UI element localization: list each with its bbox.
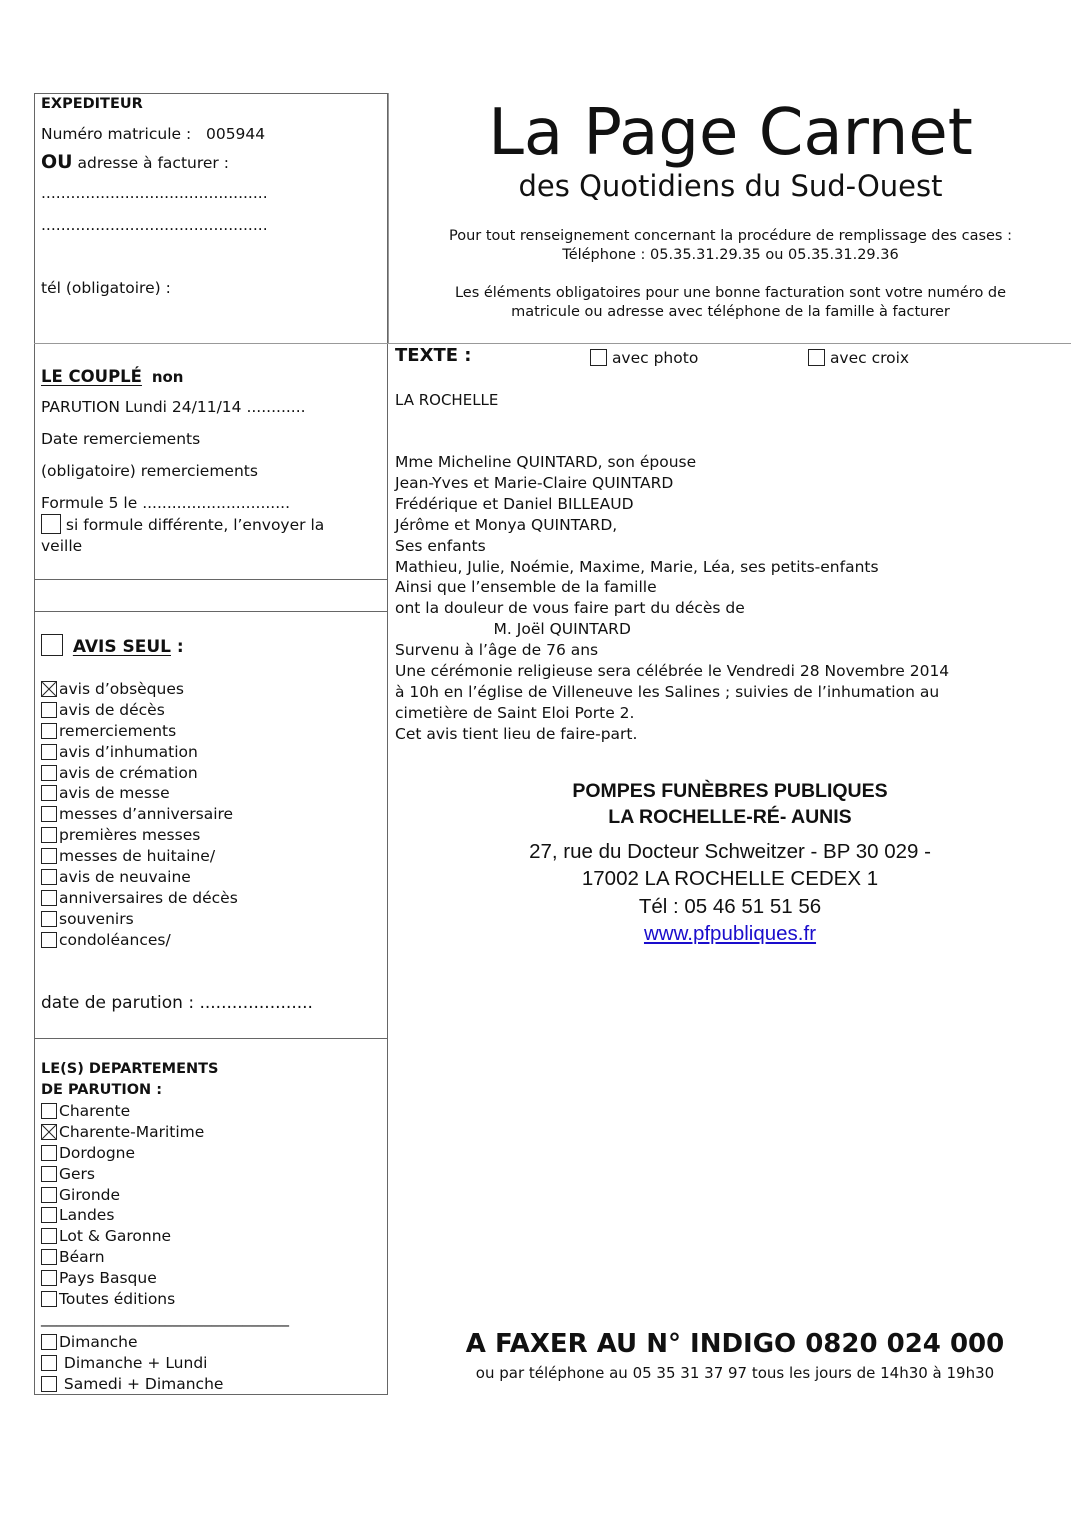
matricule-label: Numéro matricule : [41,125,191,143]
formule-diff-row: si formule différente, l’envoyer la [41,514,324,536]
avis-checkbox[interactable] [41,744,57,760]
formule-row[interactable]: Formule 5 le ...........................… [41,493,324,514]
funeral-home-website-link[interactable]: www.pfpubliques.fr [644,922,816,945]
departement-label: Gironde [59,1186,120,1204]
avis-checkbox[interactable] [41,911,57,927]
header-vertical-divider [388,93,389,343]
fax-number: A FAXER AU N° INDIGO 0820 024 000 [440,1328,1030,1360]
day-checkbox[interactable] [41,1334,57,1350]
departement-checkbox[interactable] [41,1249,57,1265]
formule-diff-label-2: veille [41,536,324,557]
adresse-line-1[interactable]: ........................................… [41,183,268,204]
section-divider-main [34,343,1071,344]
info-line-1: Pour tout renseignement concernant la pr… [390,227,1071,246]
section-divider-avis [34,611,388,612]
avec-croix-option[interactable]: avec croix [808,348,909,368]
departement-item[interactable]: Charente [41,1101,204,1122]
avis-checkbox[interactable] [41,827,57,843]
avis-label: avis d’inhumation [59,743,198,761]
day-item[interactable]: Dimanche [41,1332,223,1353]
avis-seul-heading: AVIS SEUL [73,637,171,657]
avis-seul-header: AVIS SEUL : [41,634,184,658]
funeral-home-phone: Tél : 05 46 51 51 56 [490,893,970,920]
parution-row[interactable]: PARUTION Lundi 24/11/14 ............ [41,397,324,418]
texte-header: TEXTE : [395,345,472,367]
departement-item[interactable]: Charente-Maritime [41,1122,204,1143]
departements-heading: LE(S) DEPARTEMENTS DE PARUTION : [41,1059,218,1101]
departement-label: Gers [59,1165,95,1183]
funeral-home-address-1: 27, rue du Docteur Schweitzer - BP 30 02… [490,838,970,865]
day-checkbox[interactable] [41,1355,57,1371]
day-label: Dimanche [59,1333,138,1351]
avis-item[interactable]: messes de huitaine/ [41,846,238,867]
departement-item[interactable]: Béarn [41,1247,204,1268]
departement-checkbox[interactable] [41,1145,57,1161]
departement-item[interactable]: Pays Basque [41,1268,204,1289]
departement-checkbox[interactable] [41,1270,57,1286]
avis-checkbox[interactable] [41,702,57,718]
avis-checkbox[interactable] [41,765,57,781]
avis-item[interactable]: remerciements [41,721,238,742]
funeral-home-address: 27, rue du Docteur Schweitzer - BP 30 02… [490,838,970,947]
couple-heading: LE COUPLÉ [41,367,142,386]
adresse-label: adresse à facturer : [78,154,229,172]
avis-label: messes de huitaine/ [59,847,215,865]
avis-item[interactable]: avis de décès [41,700,238,721]
day-item[interactable]: Samedi + Dimanche [41,1374,223,1395]
info-block-1: Pour tout renseignement concernant la pr… [390,227,1071,265]
avec-photo-checkbox[interactable] [590,349,607,366]
avis-label: messes d’anniversaire [59,805,233,823]
departements-list: CharenteCharente-MaritimeDordogneGersGir… [41,1101,204,1310]
avis-label: avis de décès [59,701,165,719]
departement-label: Charente-Maritime [59,1123,204,1141]
avis-label: anniversaires de décès [59,889,238,907]
departement-label: Toutes éditions [59,1290,175,1308]
info-line-4: matricule ou adresse avec téléphone de l… [390,303,1071,322]
avis-checkbox[interactable] [41,723,57,739]
avec-croix-checkbox[interactable] [808,349,825,366]
couple-section: LE COUPLÉ non PARUTION Lundi 24/11/14 ..… [41,366,324,557]
section-divider-couple [34,579,388,580]
couple-heading-row: LE COUPLÉ non [41,366,324,388]
tel-label[interactable]: tél (obligatoire) : [41,278,268,299]
departement-checkbox[interactable] [41,1166,57,1182]
departement-label: Dordogne [59,1144,135,1162]
expediteur-section: EXPEDITEUR Numéro matricule : 005944 OU … [41,94,268,299]
departement-checkbox[interactable] [41,1124,57,1140]
avis-item[interactable]: anniversaires de décès [41,888,238,909]
matricule-value[interactable]: 005944 [206,125,265,143]
funeral-home-name: POMPES FUNÈBRES PUBLIQUES LA ROCHELLE-RÉ… [490,778,970,830]
avec-photo-label: avec photo [612,349,698,367]
obligatoire-remerciements: (obligatoire) remerciements [41,461,324,482]
date-parution[interactable]: date de parution : ..................... [41,993,313,1014]
avis-item[interactable]: avis de neuvaine [41,867,238,888]
avis-item[interactable]: avis de crémation [41,763,238,784]
avis-label: avis de messe [59,784,170,802]
avis-label: souvenirs [59,910,134,928]
departement-label: Charente [59,1102,130,1120]
day-item[interactable]: Dimanche + Lundi [41,1353,223,1374]
avis-item[interactable]: condoléances/ [41,930,238,951]
avis-label: remerciements [59,722,176,740]
info-block-2: Les éléments obligatoires pour une bonne… [390,284,1071,322]
formule-diff-checkbox[interactable] [41,514,61,534]
texte-heading: TEXTE : [395,345,472,366]
avis-seul-colon: : [171,637,184,657]
avis-checkbox[interactable] [41,806,57,822]
announcement-text[interactable]: Mme Micheline QUINTARD, son épouse Jean-… [395,452,949,745]
departements-heading-2: DE PARUTION : [41,1080,218,1101]
avis-item[interactable]: premières messes [41,825,238,846]
avis-seul-list: avis d’obsèquesavis de décèsremerciement… [41,679,238,951]
avis-checkbox[interactable] [41,932,57,948]
departement-label: Lot & Garonne [59,1227,171,1245]
avis-label: avis de crémation [59,764,198,782]
day-checkbox[interactable] [41,1376,57,1392]
texte-city: LA ROCHELLE [395,390,498,411]
departement-checkbox[interactable] [41,1291,57,1307]
adresse-line-2[interactable]: ........................................… [41,215,268,236]
info-line-2: Téléphone : 05.35.31.29.35 ou 05.35.31.2… [390,246,1071,265]
departements-heading-1: LE(S) DEPARTEMENTS [41,1059,218,1080]
avis-label: condoléances/ [59,931,171,949]
ou-label: OU [41,151,73,173]
avis-label: premières messes [59,826,200,844]
departement-item[interactable]: Landes [41,1205,204,1226]
funeral-home-name-1: POMPES FUNÈBRES PUBLIQUES [490,778,970,804]
avis-item[interactable]: souvenirs [41,909,238,930]
fax-phone-alt: ou par téléphone au 05 35 31 37 97 tous … [440,1363,1030,1383]
departement-label: Landes [59,1206,114,1224]
departement-checkbox[interactable] [41,1228,57,1244]
departement-item[interactable]: Dordogne [41,1143,204,1164]
couple-value: non [152,368,184,386]
departement-checkbox[interactable] [41,1207,57,1223]
avis-item[interactable]: avis d’obsèques [41,679,238,700]
departement-item[interactable]: Toutes éditions [41,1289,204,1310]
funeral-home-address-2: 17002 LA ROCHELLE CEDEX 1 [490,865,970,892]
info-line-3: Les éléments obligatoires pour une bonne… [390,284,1071,303]
departement-label: Béarn [59,1248,105,1266]
departement-checkbox[interactable] [41,1103,57,1119]
funeral-home-name-2: LA ROCHELLE-RÉ- AUNIS [490,804,970,830]
expediteur-heading: EXPEDITEUR [41,94,268,115]
departement-item[interactable]: Gers [41,1164,204,1185]
departement-checkbox[interactable] [41,1187,57,1203]
date-remerciements: Date remerciements [41,429,324,450]
avis-checkbox[interactable] [41,681,57,697]
avec-photo-option[interactable]: avec photo [590,348,698,368]
matricule-row: Numéro matricule : 005944 [41,124,268,145]
formule-diff-label: si formule différente, l’envoyer la [61,516,324,534]
avis-seul-checkbox[interactable] [41,634,63,656]
day-label: Samedi + Dimanche [59,1375,223,1393]
avis-item[interactable]: messes d’anniversaire [41,804,238,825]
days-list: Dimanche Dimanche + Lundi Samedi + Diman… [41,1332,223,1395]
avis-item[interactable]: avis de messe [41,783,238,804]
departement-item[interactable]: Lot & Garonne [41,1226,204,1247]
page-title: La Page Carnet [390,95,1071,171]
departement-label: Pays Basque [59,1269,157,1287]
day-label: Dimanche + Lundi [59,1354,207,1372]
section-divider-departements [34,1038,388,1039]
avec-croix-label: avec croix [830,349,909,367]
avis-checkbox[interactable] [41,890,57,906]
page-subtitle: des Quotidiens du Sud-Ouest [390,167,1071,205]
avis-checkbox[interactable] [41,869,57,885]
avis-checkbox[interactable] [41,848,57,864]
avis-item[interactable]: avis d’inhumation [41,742,238,763]
avis-checkbox[interactable] [41,785,57,801]
adresse-row: OU adresse à facturer : [41,152,268,174]
avis-label: avis de neuvaine [59,868,191,886]
days-separator: ________________________________ [41,1308,289,1328]
departement-item[interactable]: Gironde [41,1185,204,1206]
avis-label: avis d’obsèques [59,680,184,698]
